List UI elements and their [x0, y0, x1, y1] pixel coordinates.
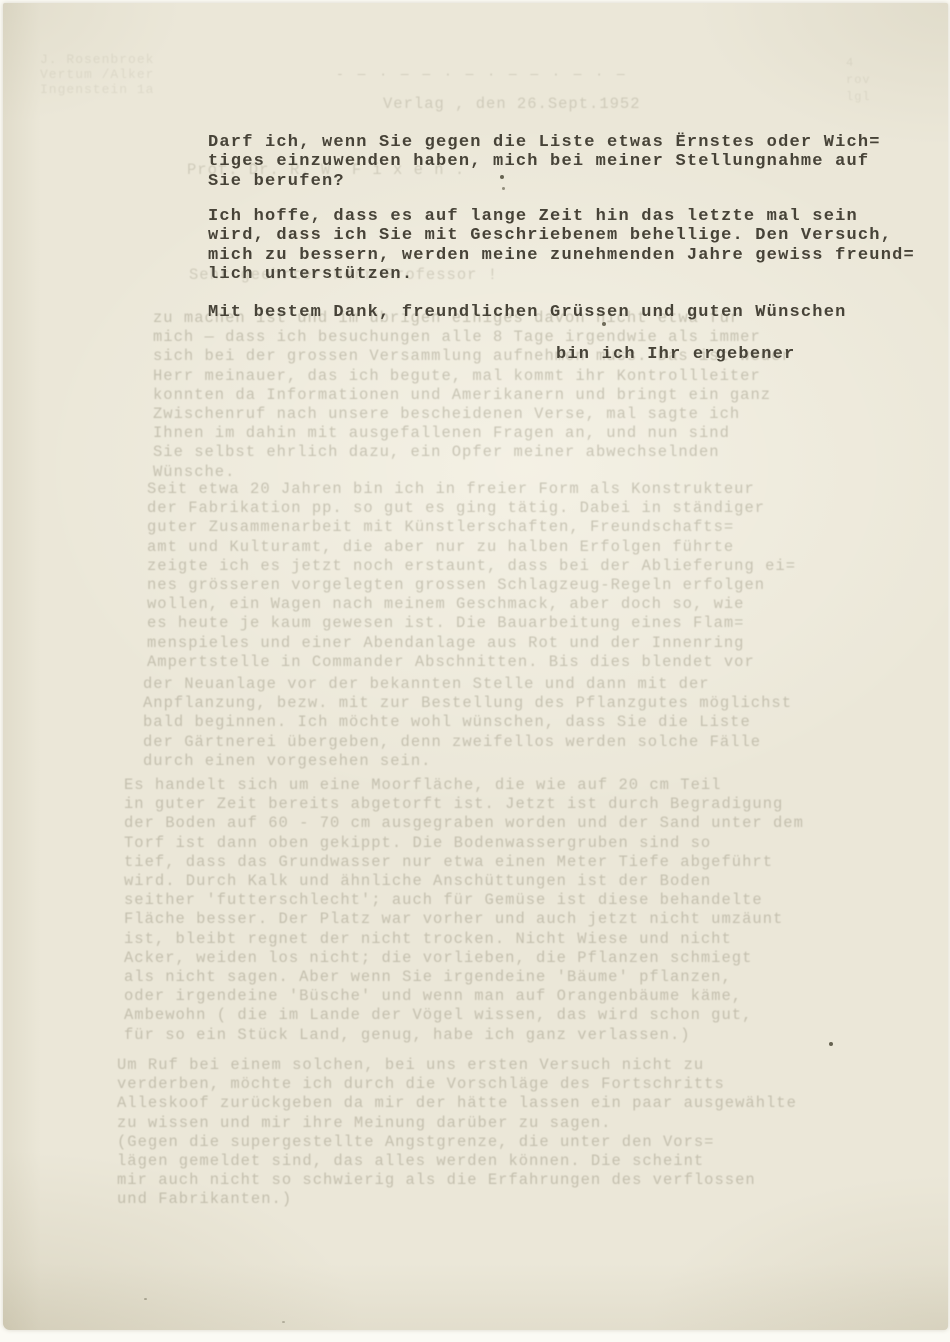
ghost-text-line: Sie selbst ehrlich dazu, ein Opfer meine…: [153, 443, 792, 462]
ghost-text-line: Um Ruf bei einem solchen, bei uns ersten…: [117, 1056, 797, 1075]
ghost-text-line: Zwischenruf nach unsere bescheidenen Ver…: [153, 405, 792, 424]
letter-closing-line: Mit bestem Dank, freundlichen Grüssen un…: [208, 303, 847, 322]
ghost-text-line: Ampertstelle in Commander Abschnitten. B…: [147, 653, 796, 672]
ghost-text-line: seither 'futterschlecht'; auch für Gemüs…: [124, 891, 804, 910]
typed-text-line: mich zu bessern, werden meine zunehmende…: [208, 246, 915, 265]
ghost-text-line: tief, dass das Grundwasser nur etwa eine…: [124, 853, 804, 872]
ink-speck: [829, 1042, 833, 1046]
ghost-paragraph-a: zu machen ist und im übrigen einiges dav…: [153, 309, 792, 482]
ghost-text-line: amt und Kulturamt, die aber nur zu halbe…: [147, 538, 796, 557]
ghost-text-line: der Boden auf 60 - 70 cm ausgegraben wor…: [124, 814, 804, 833]
ghost-dateline: Verlag , den 26.Sept.1952: [383, 95, 641, 114]
typed-text-line: tiges einzuwenden haben, mich bei meiner…: [208, 152, 881, 171]
ghost-text-line: (Gegen die supergestellte Angstgrenze, d…: [117, 1133, 797, 1152]
ink-speck: [500, 175, 504, 179]
ghost-text-line: 4: [846, 55, 871, 72]
ghost-text-line: Torf ist dann oben gekippt. Die Bodenwas…: [124, 834, 804, 853]
ghost-sender-address: J. RosenbroekVertum /AlkerIngenstein 1a: [40, 52, 154, 97]
ghost-text-line: Fläche besser. Der Platz war vorher und …: [124, 910, 804, 929]
typed-text-line: Darf ich, wenn Sie gegen die Liste etwas…: [208, 133, 881, 152]
typed-text-line: wird, dass ich Sie mit Geschriebenem beh…: [208, 226, 915, 245]
ghost-text-line: Anpflanzung, bezw. mit zur Bestellung de…: [143, 694, 792, 713]
ghost-paragraph-d: Es handelt sich um eine Moorfläche, die …: [124, 776, 804, 1045]
ghost-text-line: Vertum /Alker: [40, 67, 154, 82]
ghost-text-line: bald beginnen. Ich möchte wohl wünschen,…: [143, 713, 792, 732]
ghost-text-line: als nicht sagen. Aber wenn Sie irgendein…: [124, 968, 804, 987]
ghost-text-line: es heute je kaum gewesen ist. Die Bauarb…: [147, 614, 796, 633]
ghost-text-line: zu wissen und mir ihre Meinung darüber z…: [117, 1114, 797, 1133]
ghost-text-line: wollen, ein Wagen nach meinem Geschmack,…: [147, 595, 796, 614]
ghost-text-line: oder irgendeine 'Büsche' und wenn man au…: [124, 987, 804, 1006]
ghost-text-line: verderben, möchte ich durch die Vorschlä…: [117, 1075, 797, 1094]
ghost-text-line: Acker, weiden los nicht; die vorlieben, …: [124, 949, 804, 968]
letter-paragraph-2: Ich hoffe, dass es auf lange Zeit hin da…: [208, 207, 915, 284]
ghost-text-line: durch einen vorgesehen sein.: [143, 752, 792, 771]
ghost-text-line: menspieles und einer Abendanlage aus Rot…: [147, 634, 796, 653]
ghost-text-line: Ambewohn ( die im Lande der Vögel wissen…: [124, 1006, 804, 1025]
ghost-text-line: Ihnen im dahin mit ausgefallenen Fragen …: [153, 424, 792, 443]
ghost-text-line: Alleskoof zurückgeben da mir der hätte l…: [117, 1094, 797, 1113]
ghost-text-line: Seit etwa 20 Jahren bin ich in freier Fo…: [147, 480, 796, 499]
ghost-text-line: für so ein Stück Land, genug, habe ich g…: [124, 1026, 804, 1045]
ghost-text-line: wird. Durch Kalk und ähnliche Anschüttun…: [124, 872, 804, 891]
typed-text-line: Ich hoffe, dass es auf lange Zeit hin da…: [208, 207, 915, 226]
ghost-paragraph-e: Um Ruf bei einem solchen, bei uns ersten…: [117, 1056, 797, 1210]
ghost-text-line: rov: [846, 72, 871, 89]
ghost-text-line: lgl: [846, 89, 871, 106]
typed-text-line: lich unterstützen.: [208, 265, 915, 284]
ghost-text-line: Wünsche.: [153, 463, 792, 482]
ghost-text-line: mir auch nicht so schwierig als die Erfa…: [117, 1171, 797, 1190]
ghost-text-line: Ingenstein 1a: [40, 82, 154, 97]
ink-speck: [602, 322, 606, 326]
ghost-text-line: der Fabrikation pp. so gut es ging tätig…: [147, 499, 796, 518]
paper-blemish: [282, 1321, 285, 1323]
ghost-margin-marks: 4rovlgl: [846, 55, 871, 106]
ink-speck: [502, 187, 505, 190]
ghost-text-line: und Fabrikanten.): [117, 1190, 797, 1209]
ghost-text-line: zeigte ich es jetzt noch erstaunt, dass …: [147, 557, 796, 576]
ghost-dashed-rule: - — · — — · — · — — · — · —: [336, 65, 628, 84]
ghost-text-line: der Gärtnerei übergeben, denn zweifellos…: [143, 733, 792, 752]
ghost-text-line: lägen gemeldet sind, das alles werden kö…: [117, 1152, 797, 1171]
ghost-text-line: Es handelt sich um eine Moorfläche, die …: [124, 776, 804, 795]
ghost-text-line: J. Rosenbroek: [40, 52, 154, 67]
paper-blemish: [144, 1298, 147, 1300]
ghost-text-line: guter Zusammenarbeit mit Künstlerschafte…: [147, 518, 796, 537]
ghost-paragraph-c: der Neuanlage vor der bekannten Stelle u…: [143, 675, 792, 771]
letter-signoff-line: bin ich Ihr ergebener: [556, 345, 795, 364]
ghost-text-line: nes grösseren vorgelegten grossen Schlag…: [147, 576, 796, 595]
ghost-text-line: Herr meinauer, das ich begute, mal kommt…: [153, 367, 792, 386]
ghost-paragraph-b: Seit etwa 20 Jahren bin ich in freier Fo…: [147, 480, 796, 672]
ghost-text-line: ist, bleibt regnet der nicht trocken. Ni…: [124, 930, 804, 949]
ghost-text-line: in guter Zeit bereits abgetorft ist. Jet…: [124, 795, 804, 814]
ghost-text-line: der Neuanlage vor der bekannten Stelle u…: [143, 675, 792, 694]
scanned-letter-page: J. RosenbroekVertum /AlkerIngenstein 1a …: [3, 3, 948, 1330]
ghost-text-line: konnten da Informationen und Amerikanern…: [153, 386, 792, 405]
letter-paragraph-1: Darf ich, wenn Sie gegen die Liste etwas…: [208, 133, 881, 191]
typed-text-line: Sie berufen?: [208, 172, 881, 191]
